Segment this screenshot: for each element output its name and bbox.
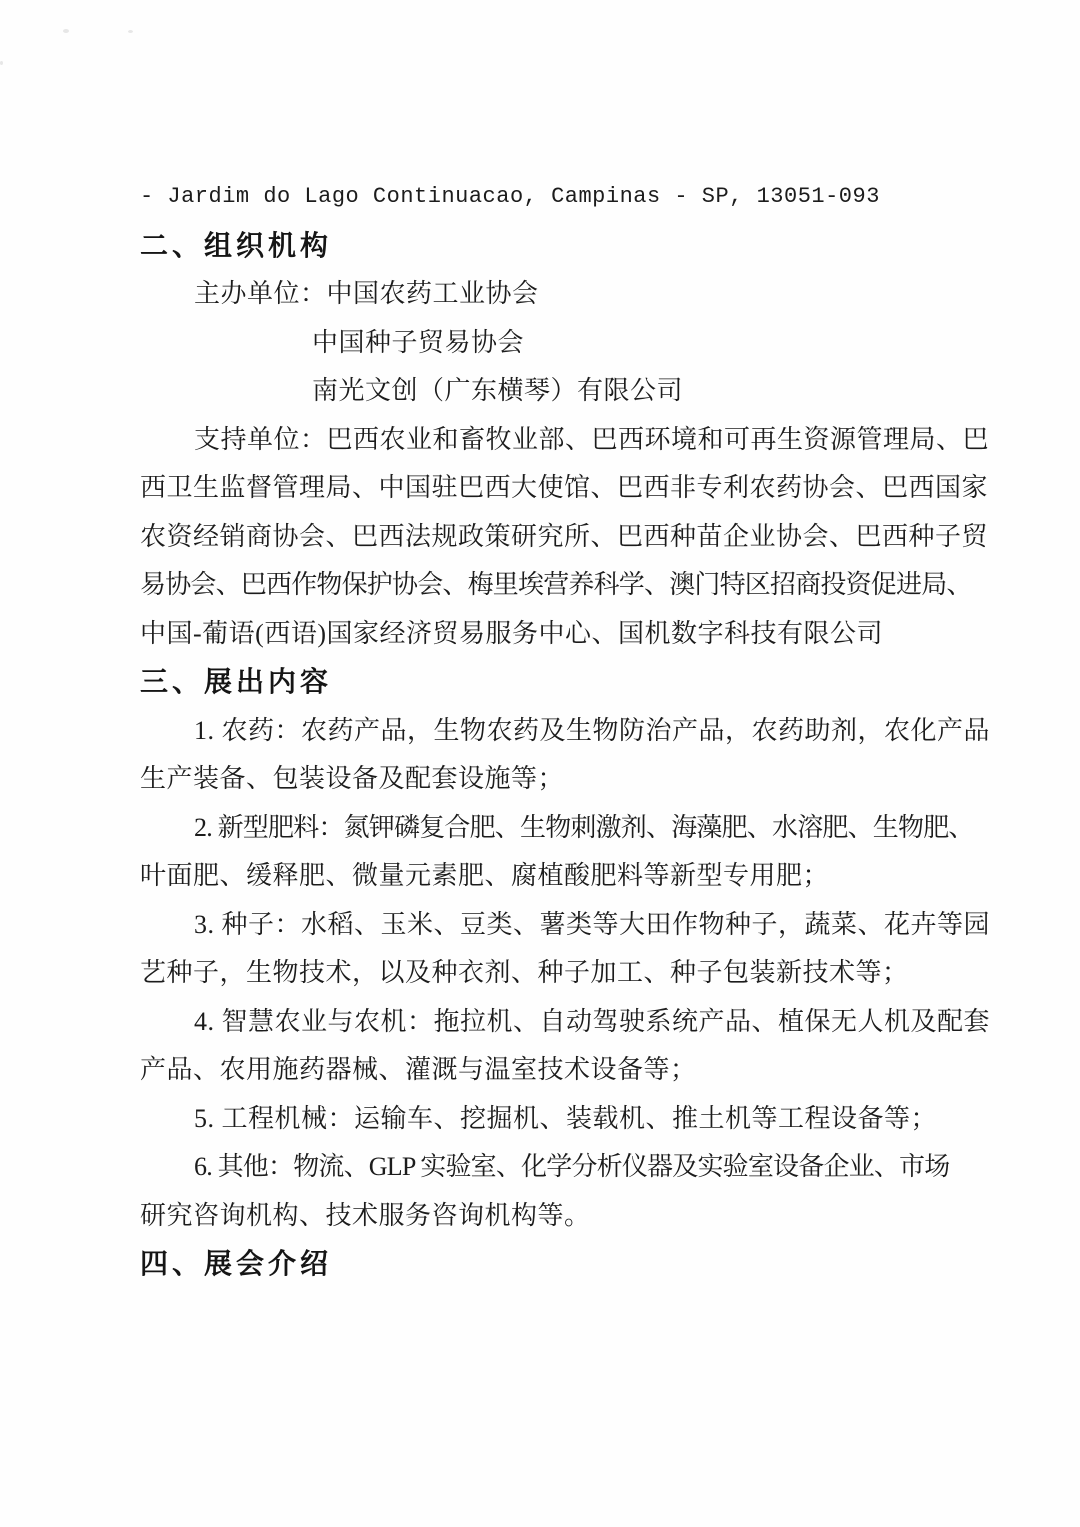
support-units-line: 中国-葡语(西语)国家经济贸易服务中心、国机数字科技有限公司: [140, 610, 988, 659]
support-units-line: 易协会、巴西作物保护协会、梅里埃营养科学、澳门特区招商投资促进局、: [140, 561, 988, 610]
section-heading-exhibits: 三、展出内容: [140, 658, 988, 707]
section-heading-organization: 二、组织机构: [140, 222, 988, 271]
support-units-line: 支持单位：巴西农业和畜牧业部、巴西环境和可再生资源管理局、巴: [140, 416, 988, 465]
exhibit-item-line: 艺种子，生物技术，以及种衣剂、种子加工、种子包装新技术等；: [140, 949, 988, 998]
exhibit-item-line: 研究咨询机构、技术服务咨询机构等。: [140, 1192, 988, 1241]
exhibit-item-line: 2. 新型肥料：氮钾磷复合肥、生物刺激剂、海藻肥、水溶肥、生物肥、: [140, 804, 988, 853]
exhibit-item-line: 生产装备、包装设备及配套设施等；: [140, 755, 988, 804]
support-units-line: 农资经销商协会、巴西法规政策研究所、巴西种苗企业协会、巴西种子贸: [140, 513, 988, 562]
scan-artifact: [0, 61, 3, 65]
address-line: - Jardim do Lago Continuacao, Campinas -…: [140, 173, 988, 222]
document-text-block: - Jardim do Lago Continuacao, Campinas -…: [140, 173, 988, 1289]
exhibit-item-line: 叶面肥、缓释肥、微量元素肥、腐植酸肥料等新型专用肥；: [140, 852, 988, 901]
exhibit-item-line: 产品、农用施药器械、灌溉与温室技术设备等；: [140, 1046, 988, 1095]
host-units-line: 主办单位：中国农药工业协会: [140, 270, 988, 319]
scan-artifact: [63, 29, 69, 33]
exhibit-item-line: 1. 农药：农药产品，生物农药及生物防治产品，农药助剂，农化产品: [140, 707, 988, 756]
exhibit-item-line: 4. 智慧农业与农机：拖拉机、自动驾驶系统产品、植保无人机及配套: [140, 998, 988, 1047]
exhibit-item-line: 5. 工程机械：运输车、挖掘机、装载机、推土机等工程设备等；: [140, 1095, 988, 1144]
host-unit-continuation-line: 中国种子贸易协会: [140, 319, 988, 368]
support-units-line: 西卫生监督管理局、中国驻巴西大使馆、巴西非专利农药协会、巴西国家: [140, 464, 988, 513]
exhibit-item-line: 6. 其他：物流、GLP 实验室、化学分析仪器及实验室设备企业、市场: [140, 1143, 988, 1192]
document-page: - Jardim do Lago Continuacao, Campinas -…: [0, 0, 1080, 1527]
exhibit-item-line: 3. 种子：水稻、玉米、豆类、薯类等大田作物种子，蔬菜、花卉等园: [140, 901, 988, 950]
scan-artifact: [128, 30, 133, 33]
host-unit-continuation-line: 南光文创（广东横琴）有限公司: [140, 367, 988, 416]
section-heading-introduction: 四、展会介绍: [140, 1240, 988, 1289]
